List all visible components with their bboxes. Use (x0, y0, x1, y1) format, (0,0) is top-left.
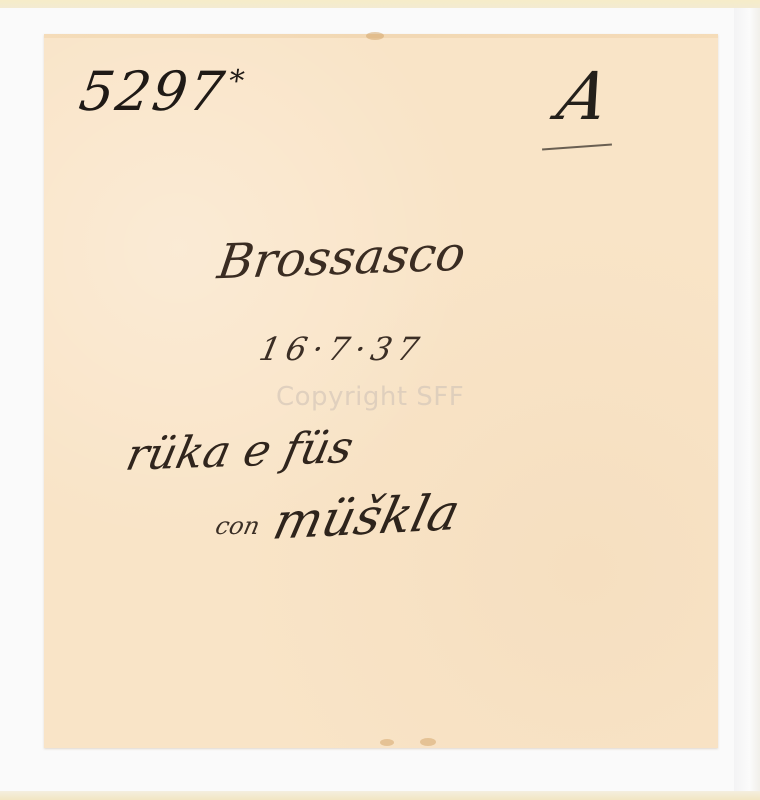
note-line-2-prefix: con (213, 512, 262, 540)
note-line-2-main: müškla (268, 483, 465, 550)
collection-date: 16·7·37 (256, 330, 428, 368)
catalog-number: 5297* (76, 60, 249, 123)
mount-right-edge (734, 8, 760, 791)
mount-bottom-edge (0, 791, 760, 800)
paper-stain (366, 32, 384, 40)
copyright-watermark: Copyright SFF (276, 382, 464, 412)
paper-stain (420, 738, 436, 746)
note-line-1: rüka e füs (122, 422, 358, 481)
mount-top-edge (0, 0, 760, 8)
specimen-label-card: 5297* A Brossasco 16·7·37 Copyright SFF … (44, 34, 718, 748)
category-letter: A (550, 58, 617, 135)
collection-location: Brossasco (214, 226, 469, 291)
catalog-mark: * (226, 64, 248, 99)
catalog-number-value: 5297 (76, 60, 230, 123)
paper-stain (380, 739, 394, 746)
category-underline (542, 144, 612, 151)
